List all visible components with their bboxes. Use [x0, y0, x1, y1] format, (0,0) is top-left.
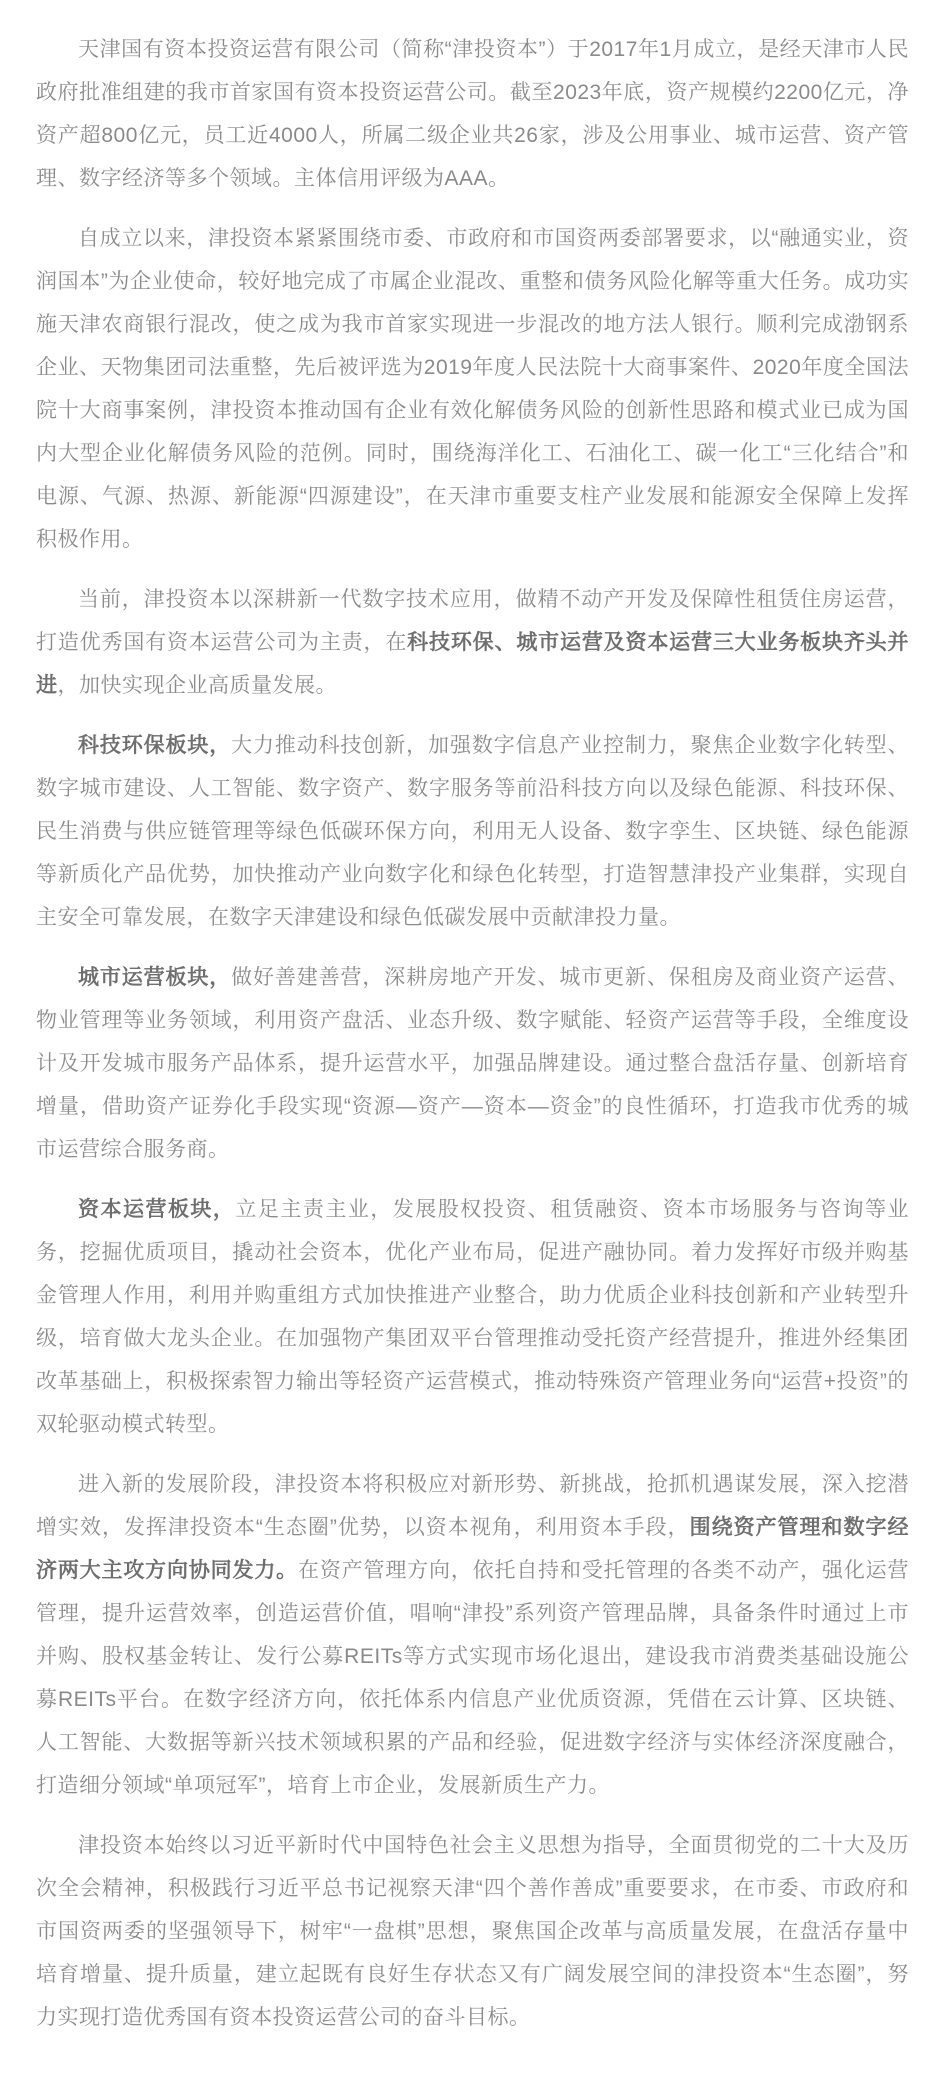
- text-run: 在资产管理方向，依托自持和受托管理的各类不动产，强化运营管理，提升运营效率，创造…: [36, 1559, 909, 1797]
- bold-text-run: 资本运营板块，: [78, 1198, 235, 1221]
- article-page: 天津国有资本投资运营有限公司（简称“津投资本”）于2017年1月成立，是经天津市…: [0, 0, 945, 2079]
- paragraph-7: 进入新的发展阶段，津投资本将积极应对新形势、新挑战，抢抓机遇谋发展，深入挖潜增实…: [36, 1463, 909, 1807]
- text-run: 立足主责主业，发展股权投资、租赁融资、资本市场服务与咨询等业务，挖掘优质项目，撬…: [36, 1198, 909, 1436]
- paragraph-1: 天津国有资本投资运营有限公司（简称“津投资本”）于2017年1月成立，是经天津市…: [36, 28, 909, 200]
- text-run: 做好善建善营，深耕房地产开发、城市更新、保租房及商业资产运营、物业管理等业务领域…: [36, 966, 909, 1161]
- text-run: ，加快实现企业高质量发展。: [58, 674, 338, 697]
- text-run: 津投资本始终以习近平新时代中国特色社会主义思想为指导，全面贯彻党的二十大及历次全…: [36, 1834, 909, 2029]
- bold-text-run: 科技环保板块，: [78, 734, 231, 757]
- paragraph-6: 资本运营板块，立足主责主业，发展股权投资、租赁融资、资本市场服务与咨询等业务，挖…: [36, 1188, 909, 1446]
- paragraph-3: 当前，津投资本以深耕新一代数字技术应用，做精不动产开发及保障性租赁住房运营，打造…: [36, 578, 909, 707]
- bold-text-run: 城市运营板块，: [78, 966, 231, 989]
- text-run: 天津国有资本投资运营有限公司（简称“津投资本”）于2017年1月成立，是经天津市…: [36, 38, 909, 190]
- text-run: 大力推动科技创新，加强数字信息产业控制力，聚焦企业数字化转型、数字城市建设、人工…: [36, 734, 909, 929]
- text-run: 自成立以来，津投资本紧紧围绕市委、市政府和市国资两委部署要求，以“融通实业，资润…: [36, 227, 909, 551]
- article: 天津国有资本投资运营有限公司（简称“津投资本”）于2017年1月成立，是经天津市…: [0, 0, 945, 2039]
- paragraph-4: 科技环保板块，大力推动科技创新，加强数字信息产业控制力，聚焦企业数字化转型、数字…: [36, 724, 909, 939]
- paragraph-5: 城市运营板块，做好善建善营，深耕房地产开发、城市更新、保租房及商业资产运营、物业…: [36, 956, 909, 1171]
- paragraph-8: 津投资本始终以习近平新时代中国特色社会主义思想为指导，全面贯彻党的二十大及历次全…: [36, 1824, 909, 2039]
- paragraph-2: 自成立以来，津投资本紧紧围绕市委、市政府和市国资两委部署要求，以“融通实业，资润…: [36, 217, 909, 561]
